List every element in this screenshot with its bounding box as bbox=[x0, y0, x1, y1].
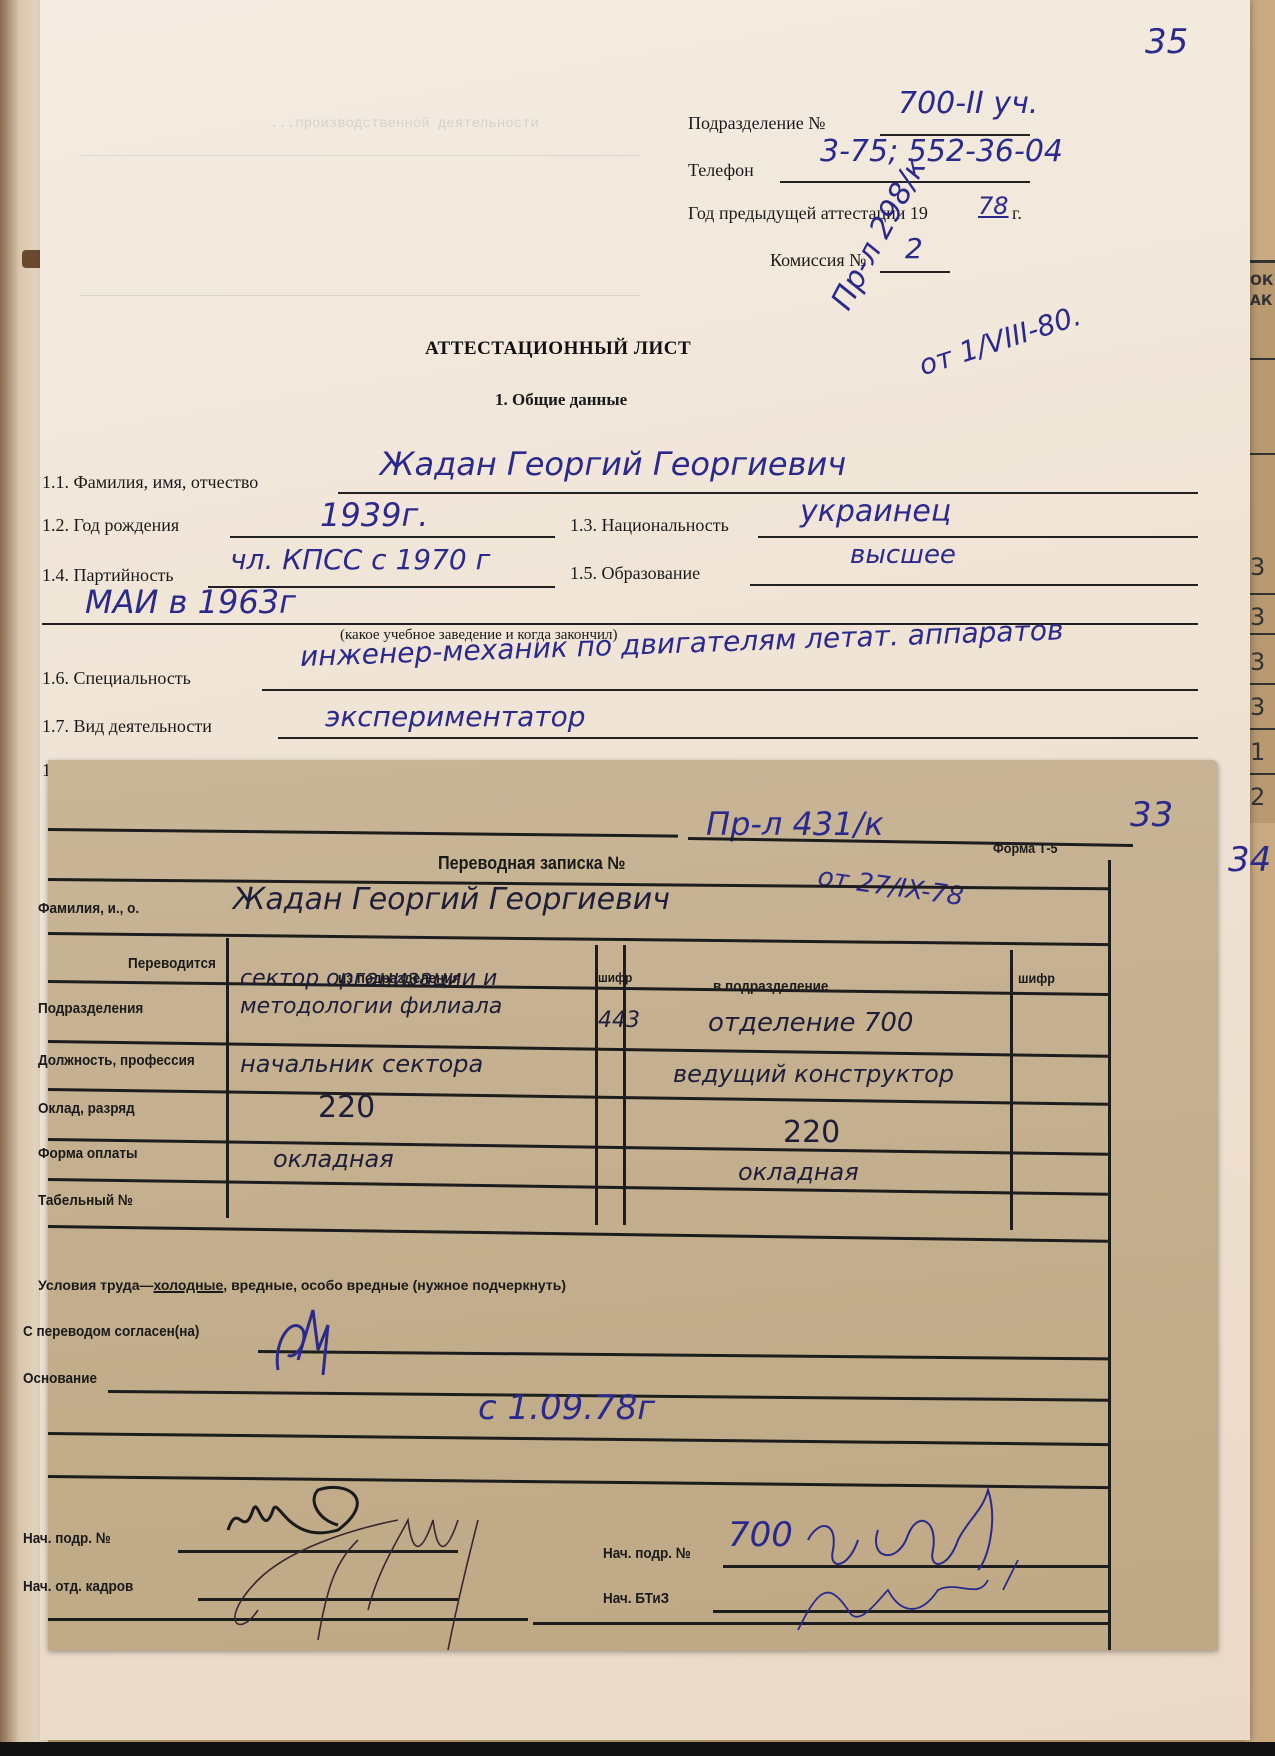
right-number: 3 bbox=[1250, 603, 1265, 631]
section-title: 1. Общие данные bbox=[495, 390, 627, 410]
form-label: Форма Т-5 bbox=[993, 840, 1058, 856]
col-header-from-code: шифр bbox=[598, 970, 632, 985]
row-from-subdivision: сектор организации и методологии филиала bbox=[240, 965, 590, 1021]
row-from-code-subdivision: 443 bbox=[598, 1008, 640, 1033]
row-to-salary: 220 bbox=[783, 1115, 840, 1150]
signatures-left bbox=[198, 1460, 528, 1650]
row-from-pay-form: окладная bbox=[273, 1145, 394, 1173]
field-label-birth-year: 1.2. Год рождения bbox=[42, 515, 179, 536]
to-head-value: 700 bbox=[728, 1515, 793, 1555]
row-label-salary: Оклад, разряд bbox=[38, 1100, 135, 1117]
right-number: 3 bbox=[1250, 553, 1265, 581]
row-from-position: начальник сектора bbox=[240, 1050, 483, 1078]
bleed-through-text: ...производственной деятельности bbox=[270, 116, 539, 132]
row-label-position: Должность, профессия bbox=[38, 1052, 195, 1069]
signatures-right bbox=[788, 1480, 1048, 1650]
field-value-education: высшее bbox=[850, 540, 956, 570]
sheet-title: АТТЕСТАЦИОННЫЙ ЛИСТ bbox=[425, 338, 691, 360]
prev-attestation-suffix: г. bbox=[1012, 203, 1022, 224]
transfer-note: 33 Пр-л 431/к от 27/IX-78 Форма Т-5 Пере… bbox=[48, 760, 1218, 1650]
row-label-pay-form: Форма оплаты bbox=[38, 1145, 138, 1162]
row-label-subdivision: Подразделения bbox=[38, 1000, 143, 1017]
field-value-nationality: украинец bbox=[800, 494, 951, 529]
commission-value: 2 bbox=[905, 232, 923, 265]
field-value-party: чл. КПСС с 1970 г bbox=[230, 543, 490, 576]
work-conditions: Условия труда—холодные, вредные, особо в… bbox=[38, 1277, 566, 1293]
field-value-full-name: Жадан Георгий Георгиевич bbox=[380, 445, 846, 483]
prev-attestation-year: 78 bbox=[978, 192, 1009, 220]
work-conditions-selected: холодные bbox=[153, 1277, 223, 1293]
phone-label: Телефон bbox=[688, 160, 754, 181]
name-label: Фамилия, и., о. bbox=[38, 900, 139, 917]
to-head-label: Нач. подр. № bbox=[603, 1545, 691, 1562]
row-label-tab-number: Табельный № bbox=[38, 1192, 133, 1209]
row-to-pay-form: окладная bbox=[738, 1158, 859, 1186]
field-label-activity: 1.7. Вид деятельности bbox=[42, 716, 212, 737]
subdivision-label: Подразделение № bbox=[688, 113, 825, 134]
field-value-birth-year: 1939г. bbox=[320, 496, 428, 534]
next-page-number: 34 bbox=[1228, 840, 1271, 880]
row-to-position: ведущий конструктор bbox=[673, 1060, 954, 1088]
right-number: 1 bbox=[1250, 738, 1265, 766]
right-number: 3 bbox=[1250, 693, 1265, 721]
col-header-to: в подразделение bbox=[713, 978, 828, 995]
phone-value: 3-75; 552-36-04 bbox=[820, 134, 1063, 169]
field-label-specialty: 1.6. Специальность bbox=[42, 668, 191, 689]
field-value-activity: экспериментатор bbox=[325, 700, 586, 733]
basis-label: Основание bbox=[23, 1370, 97, 1387]
name-value: Жадан Георгий Георгиевич bbox=[233, 882, 670, 917]
field-value-institution: МАИ в 1963г bbox=[85, 583, 296, 621]
order-annotation-line2: от 1/VIII-80. bbox=[915, 299, 1085, 382]
btiz-label: Нач. БТиЗ bbox=[603, 1590, 669, 1607]
scan-bottom-edge bbox=[0, 1742, 1275, 1756]
employee-signature bbox=[268, 1300, 338, 1380]
hr-head-label: Нач. отд. кадров bbox=[23, 1578, 133, 1595]
subdivision-value: 700-II уч. bbox=[898, 86, 1038, 121]
right-tab-label: ОК bbox=[1250, 273, 1273, 289]
col-header-transfer: Переводится bbox=[128, 955, 216, 972]
field-label-full-name: 1.1. Фамилия, имя, отчество bbox=[42, 472, 258, 493]
right-number: 2 bbox=[1250, 783, 1265, 811]
right-number: 3 bbox=[1250, 648, 1265, 676]
note-page-number: 33 bbox=[1130, 795, 1173, 835]
right-tab-label: АК bbox=[1250, 293, 1272, 309]
effective-date: с 1.09.78г bbox=[478, 1388, 655, 1428]
from-head-label: Нач. подр. № bbox=[23, 1530, 111, 1547]
row-from-salary: 220 bbox=[318, 1090, 375, 1125]
field-label-education: 1.5. Образование bbox=[570, 563, 700, 584]
col-header-to-code: шифр bbox=[1018, 970, 1055, 986]
right-edge-card: ОК АК 3 3 3 3 1 2 bbox=[1248, 260, 1275, 823]
note-title: Переводная записка № bbox=[438, 853, 625, 874]
field-label-nationality: 1.3. Национальность bbox=[570, 515, 729, 536]
work-conditions-rest: , вредные, особо вредные (нужное подчерк… bbox=[223, 1277, 566, 1293]
row-to-subdivision: отделение 700 bbox=[708, 1008, 913, 1038]
work-conditions-prefix: Условия труда— bbox=[38, 1277, 153, 1293]
consent-label: С переводом согласен(на) bbox=[23, 1323, 199, 1340]
page-number: 35 bbox=[1145, 22, 1188, 62]
